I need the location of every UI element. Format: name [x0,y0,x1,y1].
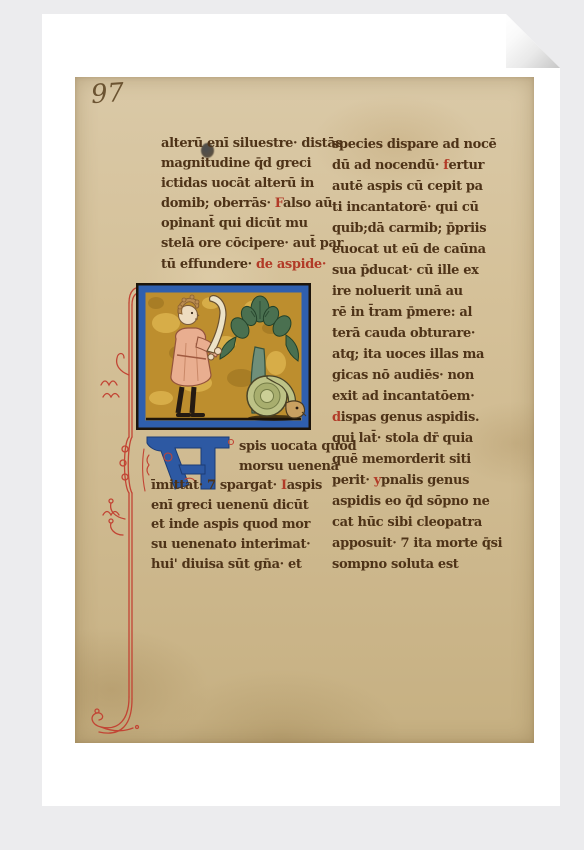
text-line: morsu uenena [151,457,333,477]
text-line: apposuit· 7 ita morte q̄si [332,533,508,554]
text-line: euocat ut eū de caūna [332,239,508,260]
text-line: exit ad incantatōem· [332,386,508,407]
text-line: dū ad nocendū· fertur [332,155,508,176]
white-mount-sheet: 97 [42,14,560,806]
text-line: su uenenato interimat· [151,535,333,555]
text-line: aspidis eo q̄d sōpno ne [332,491,508,512]
text-line: quē memorderit siti [332,449,508,470]
text-line: rē in t̄ram p̄mere: al [332,302,508,323]
text-line: sompno soluta est [332,554,508,575]
text-line: gicas nō audiēs· non [332,365,508,386]
text-line: dispas genus aspidis. [332,407,508,428]
left-column-upper-text: alterū enī siluestre· distāsmagnitudine … [161,134,333,275]
text-line: magnitudine q̄d greci [161,154,333,174]
text-line: atq; ita uoces illas ma [332,344,508,365]
miniature-asp-illustration [136,283,311,430]
text-line: opinant̄ qui dicūt mu [161,214,333,234]
text-line: autē aspis cū cepit pa [332,176,508,197]
text-line: īmittat· 7 spargat· Iaspis [151,476,333,496]
left-column-lower-text: spis uocata quodmorsu uenenaīmittat· 7 s… [151,437,333,574]
text-line: tū effundere· de aspide· [161,255,333,275]
manuscript-parchment-page: 97 [75,77,534,743]
text-line: quib;dā carmib; p̄priis [332,218,508,239]
text-line: perit· ypnalis genus [332,470,508,491]
text-line: sua p̄ducat· cū ille ex [332,260,508,281]
right-column-text: species dispare ad nocēdū ad nocendū· fe… [332,134,508,575]
text-line: spis uocata quod [151,437,333,457]
text-line: enī greci uenenū dicūt [151,496,333,516]
text-line: species dispare ad nocē [332,134,508,155]
folio-number: 97 [90,78,125,110]
text-line: cat hūc sibi cleopatra [332,512,508,533]
text-line: stelā ore cōcipere· aut̄ par [161,234,333,254]
text-line: domib; oberrās· Falso aū [161,194,333,214]
text-line: qui lat̄· stola dr̄ quia [332,428,508,449]
text-line: terā cauda obturare· [332,323,508,344]
text-line: ti incantatorē· qui cū [332,197,508,218]
text-line: et inde aspis quod mor [151,515,333,535]
text-line: hui' diuisa sūt gn̄a· et [151,555,333,575]
text-line: ictidas uocāt alterū in [161,174,333,194]
page-curl-corner [506,14,560,68]
text-line: alterū enī siluestre· distās [161,134,333,154]
text-line: ire noluerit unā au [332,281,508,302]
poster-background: 97 [0,0,584,850]
